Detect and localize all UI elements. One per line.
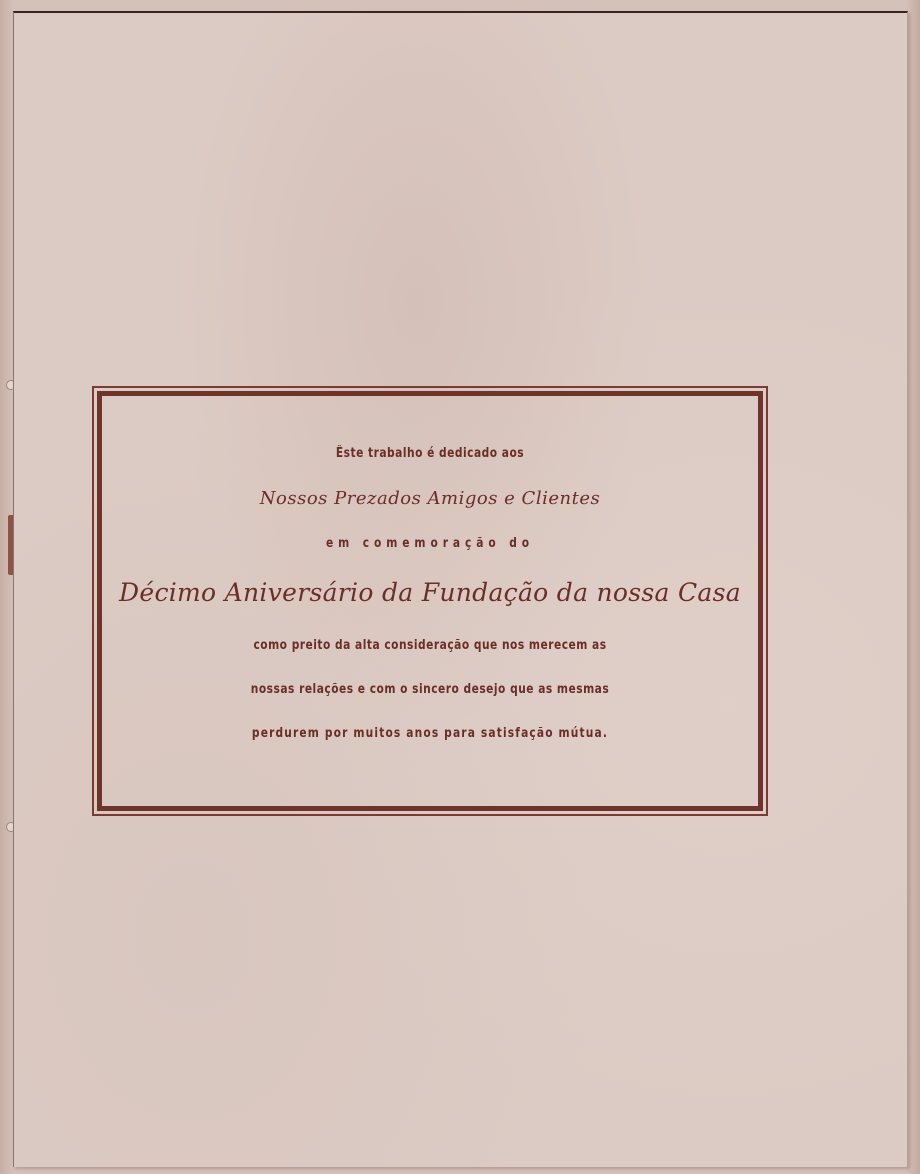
dedication-frame: Êste trabalho é dedicado aos Nossos Prez… [92,386,768,816]
dedication-body-line-3: perdurem por muitos anos para satisfação… [154,726,705,741]
dedication-occasion-title: Décimo Aniversário da Fundação da nossa … [94,578,766,607]
dedication-body-line-2: nossas relações e com o sincero desejo q… [154,682,705,697]
dedication-recipients: Nossos Prezados Amigos e Clientes [94,488,766,509]
dedication-intro: Êste trabalho é dedicado aos [154,446,705,461]
dedication-text-block: Êste trabalho é dedicado aos Nossos Prez… [94,388,766,814]
paper-page: Êste trabalho é dedicado aos Nossos Prez… [13,11,908,1167]
dedication-occasion-intro: em comemoração do [154,536,705,551]
dedication-body-line-1: como preito da alta consideração que nos… [154,638,705,653]
